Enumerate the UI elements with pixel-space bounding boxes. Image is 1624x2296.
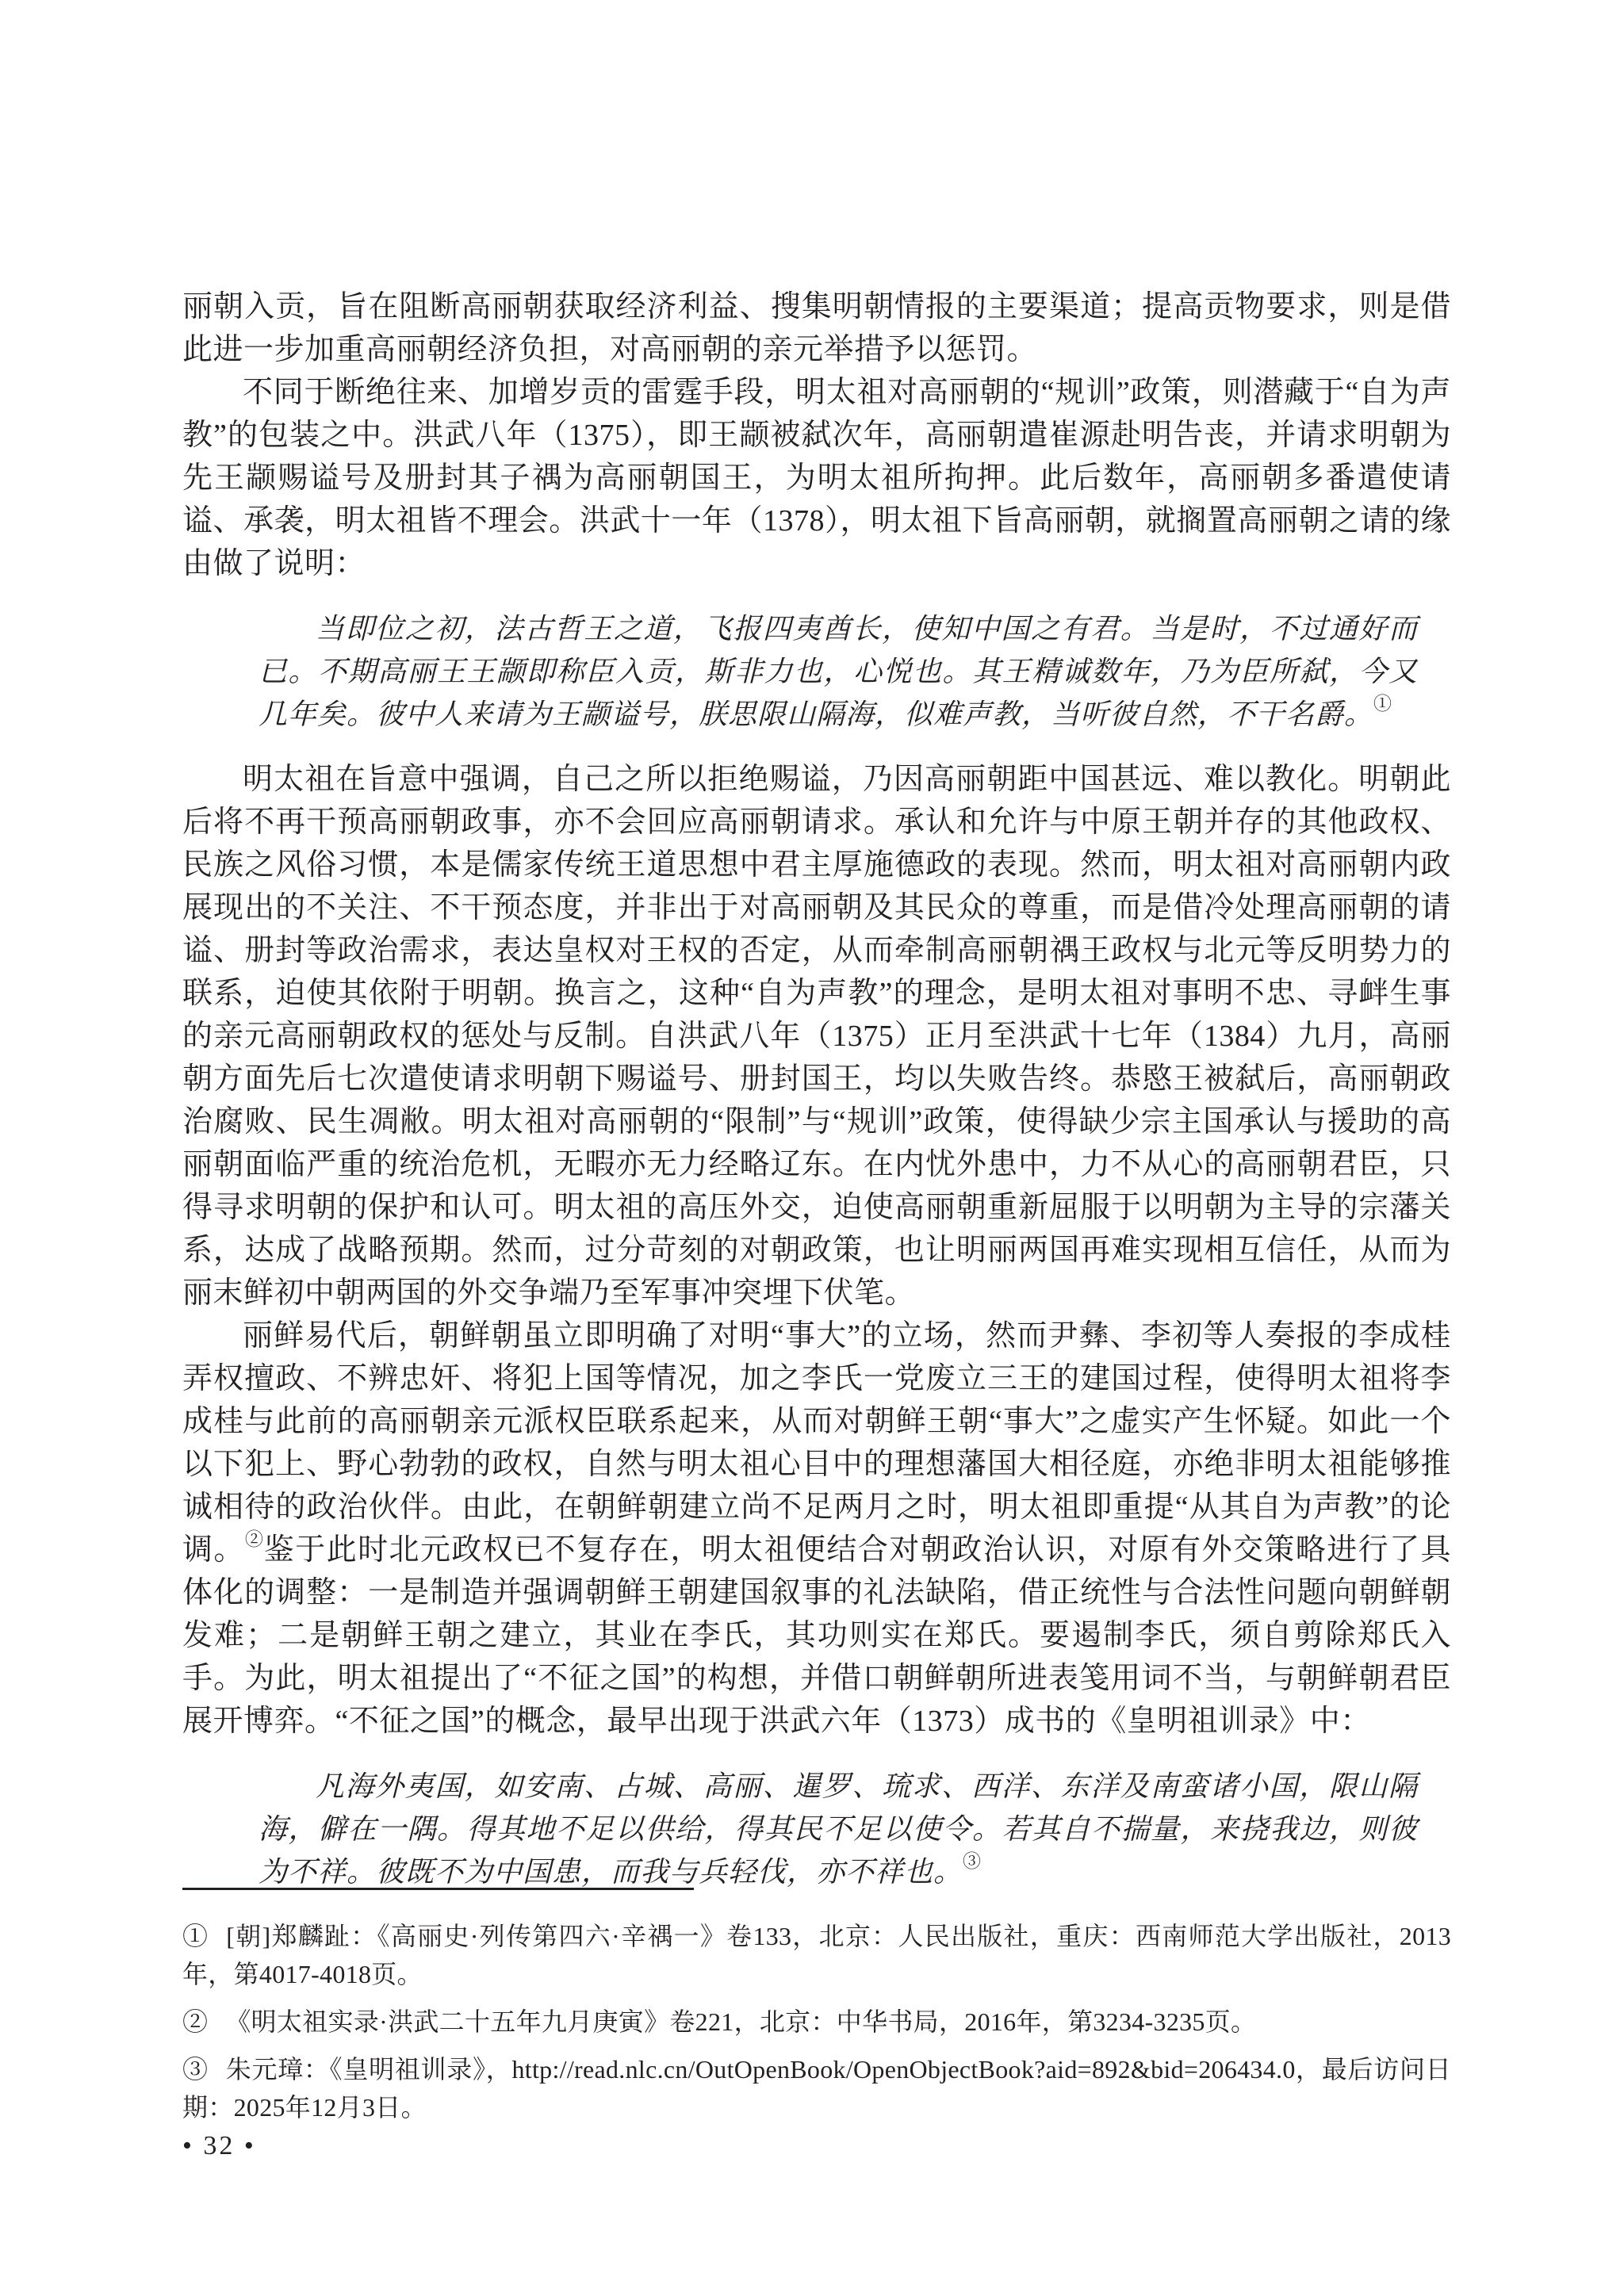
body-paragraph: 丽朝入贡，旨在阻断高丽朝获取经济利益、搜集明朝情报的主要渠道；提高贡物要求，则是… xyxy=(182,285,1451,371)
quote-paragraph: 凡海外夷国，如安南、占城、高丽、暹罗、琉求、西洋、东洋及南蛮诸小国，限山隔海，僻… xyxy=(259,1765,1418,1893)
text-run: 丽鲜易代后，朝鲜朝虽立即明确了对明“事大”的立场，然而尹彝、李初等人奏报的李成桂… xyxy=(182,1319,1451,1567)
footnote-ref: ③ xyxy=(963,1851,981,1871)
footnotes-section: ①[朝]郑麟趾：《高丽史·列传第四六·辛禑一》卷133，北京：人民出版社，重庆：… xyxy=(182,1888,1451,2136)
footnote-item: ③朱元璋：《皇明祖训录》，http://read.nlc.cn/OutOpenB… xyxy=(182,2050,1451,2126)
text-run: 丽朝入贡，旨在阻断高丽朝获取经济利益、搜集明朝情报的主要渠道；提高贡物要求，则是… xyxy=(182,290,1451,366)
text-run: 凡海外夷国，如安南、占城、高丽、暹罗、琉求、西洋、东洋及南蛮诸小国，限山隔海，僻… xyxy=(259,1770,1418,1888)
text-run: 不同于断绝往来、加增岁贡的雷霆手段，明太祖对高丽朝的“规训”政策，则潜藏于“自为… xyxy=(182,376,1451,580)
footnote-item: ①[朝]郑麟趾：《高丽史·列传第四六·辛禑一》卷133，北京：人民出版社，重庆：… xyxy=(182,1917,1451,1993)
footnote-text: 朱元璋：《皇明祖训录》，http://read.nlc.cn/OutOpenBo… xyxy=(182,2055,1451,2122)
body-paragraph: 不同于断绝往来、加增岁贡的雷霆手段，明太祖对高丽朝的“规训”政策，则潜藏于“自为… xyxy=(182,371,1451,585)
footnote-marker: ③ xyxy=(182,2055,226,2084)
text-run: 鉴于此时北元政权已不复存在，明太祖便结合对朝政治认识，对原有外交策略进行了具体化… xyxy=(182,1533,1451,1738)
footnote-list: ①[朝]郑麟趾：《高丽史·列传第四六·辛禑一》卷133，北京：人民出版社，重庆：… xyxy=(182,1917,1451,2126)
footnote-text: [朝]郑麟趾：《高丽史·列传第四六·辛禑一》卷133，北京：人民出版社，重庆：西… xyxy=(182,1922,1451,1988)
footnote-marker: ② xyxy=(182,2007,225,2036)
text-run: 当即位之初，法古哲王之道，飞报四夷酋长，使知中国之有君。当是时，不过通好而已。不… xyxy=(259,613,1418,730)
document-page: 丽朝入贡，旨在阻断高丽朝获取经济利益、搜集明朝情报的主要渠道；提高贡物要求，则是… xyxy=(0,0,1624,2296)
footnote-ref: ① xyxy=(1373,694,1392,714)
page-number: • 32 • xyxy=(182,2131,256,2161)
quote-paragraph: 当即位之初，法古哲王之道，飞报四夷酋长，使知中国之有君。当是时，不过通好而已。不… xyxy=(259,607,1418,736)
footnote-text: 《明太祖实录·洪武二十五年九月庚寅》卷221，北京：中华书局，2016年，第32… xyxy=(225,2007,1256,2036)
footnote-marker: ① xyxy=(182,1922,226,1950)
footnote-item: ②《明太祖实录·洪武二十五年九月庚寅》卷221，北京：中华书局，2016年，第3… xyxy=(182,2003,1451,2041)
text-run: 明太祖在旨意中强调，自己之所以拒绝赐谥，乃因高丽朝距中国甚远、难以教化。明朝此后… xyxy=(182,763,1451,1310)
body-paragraph: 丽鲜易代后，朝鲜朝虽立即明确了对明“事大”的立场，然而尹彝、李初等人奏报的李成桂… xyxy=(182,1314,1451,1743)
footnote-separator xyxy=(182,1888,694,1890)
footnote-ref: ② xyxy=(245,1529,264,1549)
article-body: 丽朝入贡，旨在阻断高丽朝获取经济利益、搜集明朝情报的主要渠道；提高贡物要求，则是… xyxy=(182,285,1451,1915)
body-paragraph: 明太祖在旨意中强调，自己之所以拒绝赐谥，乃因高丽朝距中国甚远、难以教化。明朝此后… xyxy=(182,758,1451,1314)
